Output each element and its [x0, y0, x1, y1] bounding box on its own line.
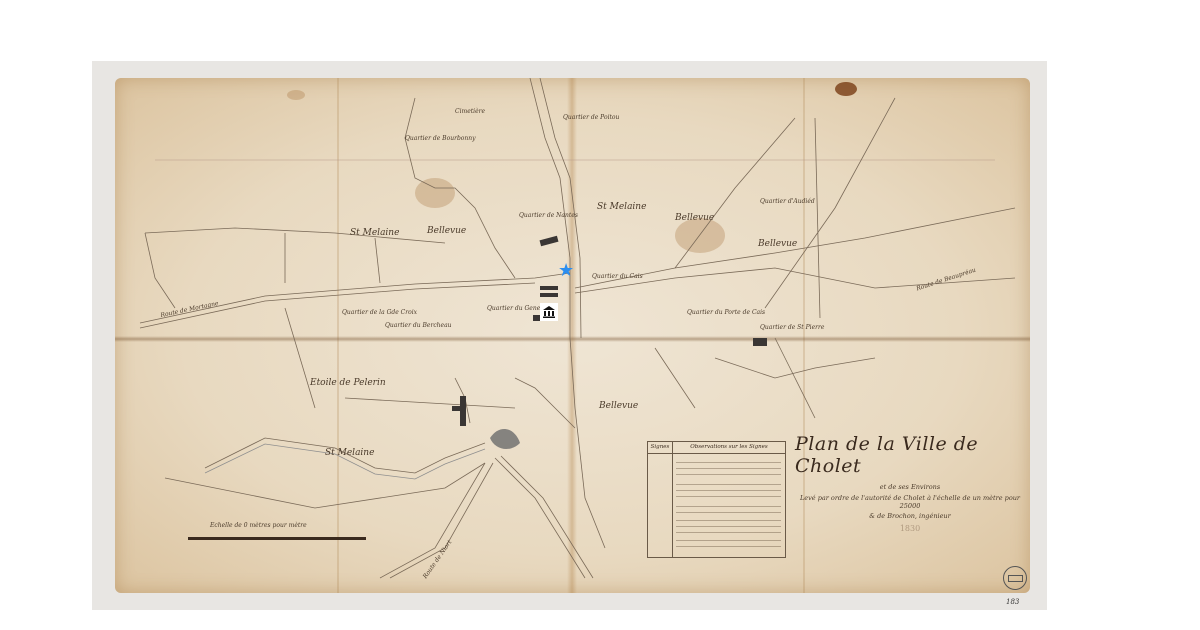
map-label: Etoile de Pelerin	[310, 378, 386, 388]
map-subtitle: Levé par ordre de l'autorité de Cholet à…	[795, 494, 1025, 510]
map-year: 1830	[795, 524, 1025, 533]
legend-col-observations: Observations sur les Signes	[673, 442, 785, 453]
scale-bar	[188, 537, 366, 540]
map-label: Quartier de Bourbonny	[405, 135, 476, 142]
building-block	[753, 338, 767, 346]
map-label: Bellevue	[675, 213, 714, 223]
map-label: Bellevue	[427, 226, 466, 236]
historical-map[interactable]: Cimetière Quartier de Bourbonny Quartier…	[115, 78, 1030, 593]
map-label: Quartier de Poitou	[563, 114, 619, 121]
map-author: & de Brochon, ingénieur	[795, 512, 1025, 520]
building-block	[540, 293, 558, 297]
map-label: Quartier du Cais	[592, 273, 643, 280]
map-label: Quartier du Porte de Cais	[687, 309, 765, 316]
legend-col-signs: Signes	[648, 442, 673, 453]
folio-number: 183	[1006, 598, 1019, 606]
map-label: Quartier de Nantes	[519, 212, 578, 219]
building-block	[540, 286, 558, 290]
museum-icon[interactable]	[540, 303, 558, 321]
star-icon[interactable]: ★	[558, 262, 574, 280]
building-block	[452, 406, 464, 411]
map-label: Quartier d'Audiéd	[760, 198, 815, 205]
map-subtitle: et de ses Environs	[795, 483, 1025, 491]
map-label: Bellevue	[758, 239, 797, 249]
map-label: Quartier du Genest	[487, 305, 546, 312]
map-label: St Melaine	[350, 228, 399, 238]
scale-label: Echelle de 0 mètres pour mètre	[210, 522, 307, 529]
building-block	[460, 396, 466, 426]
map-label: St Melaine	[325, 448, 374, 458]
library-stamp-icon	[1003, 566, 1027, 590]
map-legend-table: Signes Observations sur les Signes	[647, 441, 786, 558]
map-label: Bellevue	[599, 401, 638, 411]
map-label: St Melaine	[597, 202, 646, 212]
map-label: Cimetière	[455, 108, 485, 115]
map-label: Quartier du Bercheau	[385, 322, 452, 329]
map-title: Plan de la Ville de Cholet	[795, 433, 1025, 477]
map-label: Quartier de la Gde Croix	[342, 309, 417, 316]
map-label: Quartier de St Pierre	[760, 324, 824, 331]
map-cartouche: Plan de la Ville de Cholet et de ses Env…	[795, 433, 1025, 533]
